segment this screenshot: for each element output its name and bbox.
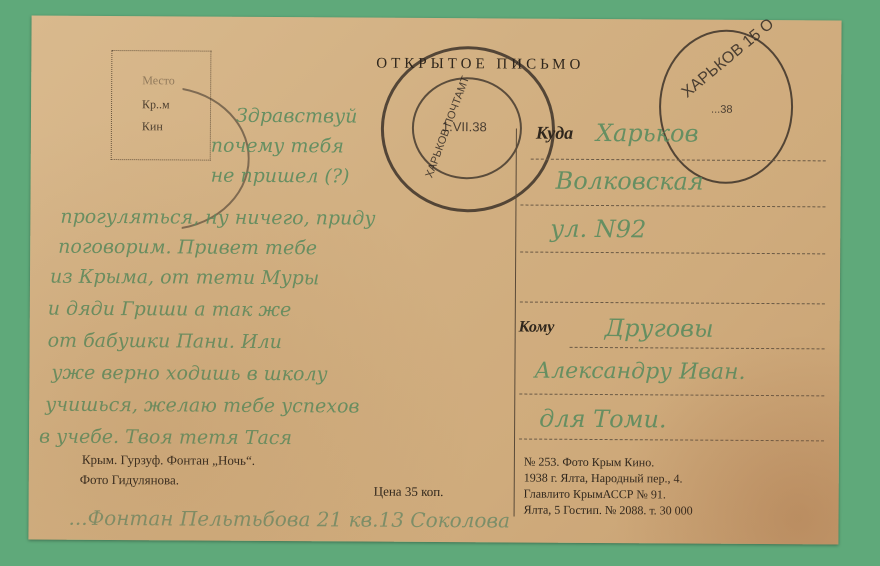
address-label-to-whom: Кому	[519, 319, 555, 337]
price-text: Цена 35 коп.	[374, 484, 444, 500]
postmark-right-icon: ХАРЬКОВ 15 О ...38	[659, 29, 794, 184]
address-label-where: Куда	[536, 123, 573, 144]
stamp-box-text: Кр..м	[142, 97, 170, 112]
address-line	[531, 159, 826, 162]
address-line	[519, 394, 824, 397]
stamp-box-text: Место	[142, 73, 175, 88]
handwritten-city: Харьков	[596, 119, 699, 148]
stamp-box-text: Кин	[142, 119, 163, 134]
address-line	[520, 205, 825, 208]
handwritten-house: ул. N92	[550, 215, 646, 244]
publisher-line: Главлито КрымАССР № 91.	[524, 487, 666, 503]
handwritten-street: Волковская	[556, 167, 704, 196]
address-line	[570, 347, 825, 350]
postmark-left-icon: ХАРЬКОВ ПОЧТАМТ 1.VII.38	[380, 46, 555, 213]
handwritten-message: Здравствуй почему тебя не пришел (?) про…	[32, 16, 842, 21]
postmark-partial-icon	[80, 86, 250, 231]
caption-photographer: Фото Гидулянова.	[80, 472, 179, 489]
stamp-placeholder-box: Место Кр..м Кин	[111, 50, 212, 161]
address-line	[520, 252, 825, 255]
postcard: Место Кр..м Кин ОТКРЫТОЕ ПИСЬМО ХАРЬКОВ …	[28, 16, 841, 545]
postcard-heading: ОТКРЫТОЕ ПИСЬМО	[376, 56, 584, 74]
handwritten-recipient: для Томи.	[539, 405, 667, 434]
handwritten-surname: Друговы	[605, 314, 714, 343]
publisher-line: 1938 г. Ялта, Народный пер., 4.	[524, 471, 683, 487]
address-line	[519, 439, 824, 442]
handwritten-return-address: ...Фонтан Пельтьбова 21 кв.13 Соколова	[68, 506, 510, 533]
publisher-line: № 253. Фото Крым Кино.	[524, 455, 654, 471]
handwritten-name: Александру Иван.	[534, 359, 745, 385]
address-line	[520, 302, 825, 305]
caption-location: Крым. Гурзуф. Фонтан „Ночь“.	[82, 452, 255, 469]
publisher-line: Ялта, 5 Гостип. № 2088. т. 30 000	[524, 503, 693, 519]
address-divider	[514, 128, 517, 516]
